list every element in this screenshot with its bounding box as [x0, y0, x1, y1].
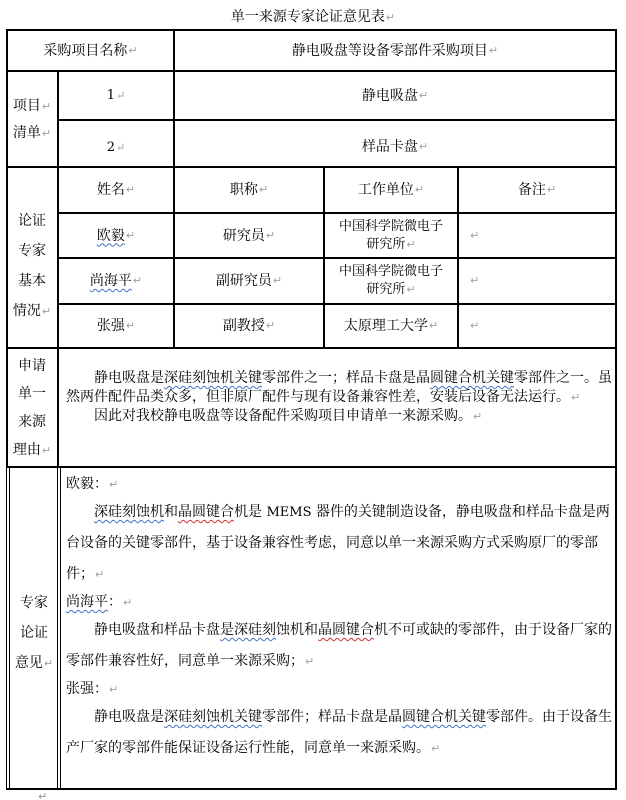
expert-title: 副研究员↵	[175, 259, 323, 303]
document-title: 单一来源专家论证意见表↵	[0, 8, 626, 27]
expert-note: ↵	[459, 214, 615, 257]
project-name-value: 静电吸盘等设备零部件采购项目↵	[175, 31, 615, 70]
table-border-left-double	[9, 466, 10, 790]
col-divider-double	[60, 466, 61, 790]
col-divider-double	[57, 466, 58, 790]
table-border-left	[6, 29, 8, 467]
expert-unit: 中国科学院微电子 研究所↵	[325, 259, 457, 303]
header-note: 备注↵	[459, 168, 615, 212]
item-name: 静电吸盘↵	[175, 72, 615, 119]
item-name: 样品卡盘↵	[175, 121, 615, 172]
item-list-label: 项目↵ 清单↵	[10, 93, 54, 147]
reason-text: 静电吸盘是深硅刻蚀机关键零部件之一；样品卡盘是晶圆键合机关键零部件之一。虽然两件…	[66, 369, 612, 426]
table-border-right	[615, 29, 617, 790]
expert1-name: 欧毅：↵	[66, 472, 612, 497]
expert1-opinion: 深硅刻蚀机和晶圆键合机是 MEMS 器件的关键制造设备，静电吸盘和样品卡盘是两台…	[66, 497, 612, 590]
header-name: 姓名↵	[59, 168, 173, 212]
project-name-label: 采购项目名称↵	[8, 31, 173, 70]
opinions-label: 专家 论证 意见↵	[12, 588, 56, 679]
expert-unit: 中国科学院微电子 研究所↵	[325, 214, 457, 257]
experts-label: 论证 专家 基本 情况↵	[10, 206, 54, 327]
reason-paragraph-2: 因此对我校静电吸盘等设备配件采购项目申请单一来源采购。↵	[66, 407, 612, 426]
row-divider	[6, 466, 617, 468]
expert-unit: 太原理工大学↵	[325, 305, 457, 347]
expert-title: 副教授↵	[175, 305, 323, 347]
row-divider	[6, 347, 617, 349]
expert-note: ↵	[459, 305, 615, 347]
expert2-opinion: 静电吸盘和样品卡盘是深硅刻蚀机和晶圆键合机不可或缺的零部件，由于设备厂家的零部件…	[66, 615, 612, 677]
expert-title: 研究员↵	[175, 214, 323, 257]
opinions-text: 欧毅：↵ 深硅刻蚀机和晶圆键合机是 MEMS 器件的关键制造设备，静电吸盘和样品…	[66, 472, 612, 764]
header-unit: 工作单位↵	[325, 168, 457, 212]
expert-name: 欧毅↵	[59, 214, 173, 257]
paragraph-mark-end: ↵	[38, 790, 47, 800]
table-border-left-double	[6, 466, 7, 790]
item-number: 1↵	[59, 72, 173, 119]
expert-note: ↵	[459, 259, 615, 303]
table-border-bottom	[6, 788, 617, 790]
expert2-name: 尚海平：↵	[66, 590, 612, 615]
expert-name: 张强↵	[59, 305, 173, 347]
reason-paragraph-1: 静电吸盘是深硅刻蚀机关键零部件之一；样品卡盘是晶圆键合机关键零部件之一。虽然两件…	[66, 369, 612, 407]
expert3-opinion: 静电吸盘是深硅刻蚀机关键零部件；样品卡盘是晶圆键合机关键零部件。由于设备生产厂家…	[66, 702, 612, 764]
expert-name: 尚海平↵	[59, 259, 173, 303]
header-title: 职称↵	[175, 168, 323, 212]
reason-label: 申请 单一 来源 理由↵	[10, 352, 54, 465]
expert3-name: 张强：↵	[66, 677, 612, 702]
item-number: 2↵	[59, 128, 173, 168]
